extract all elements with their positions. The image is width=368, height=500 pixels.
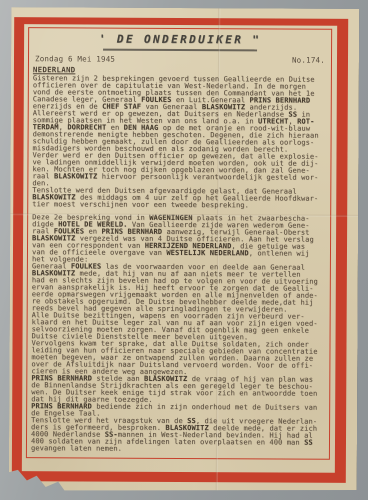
inner-border-line: ' DE ONDERDUIKER " Zondag 6 Mei 1945 No.…	[26, 27, 332, 460]
newspaper-page: ' DE ONDERDUIKER " Zondag 6 Mei 1945 No.…	[9, 7, 360, 494]
title-underline	[103, 49, 257, 52]
masthead: ' DE ONDERDUIKER " Zondag 6 Mei 1945 No.…	[33, 32, 327, 64]
photo-background: ' DE ONDERDUIKER " Zondag 6 Mei 1945 No.…	[0, 0, 368, 500]
red-border-frame: ' DE ONDERDUIKER " Zondag 6 Mei 1945 No.…	[12, 17, 348, 483]
page-content: ' DE ONDERDUIKER " Zondag 6 Mei 1945 No.…	[27, 28, 331, 459]
issue-date: Zondag 6 Mei 1945	[35, 54, 115, 63]
article-paragraph: Deze 2e bespreking vond in WAGENINGEN pl…	[31, 214, 326, 454]
dateline: Zondag 6 Mei 1945 No.174.	[33, 54, 327, 65]
newspaper-title: ' DE ONDERDUIKER "	[33, 32, 327, 48]
issue-number: No.174.	[292, 55, 325, 64]
article-paragraph: Gisteren zijn 2 besprekingen gevoerd tus…	[32, 75, 327, 210]
